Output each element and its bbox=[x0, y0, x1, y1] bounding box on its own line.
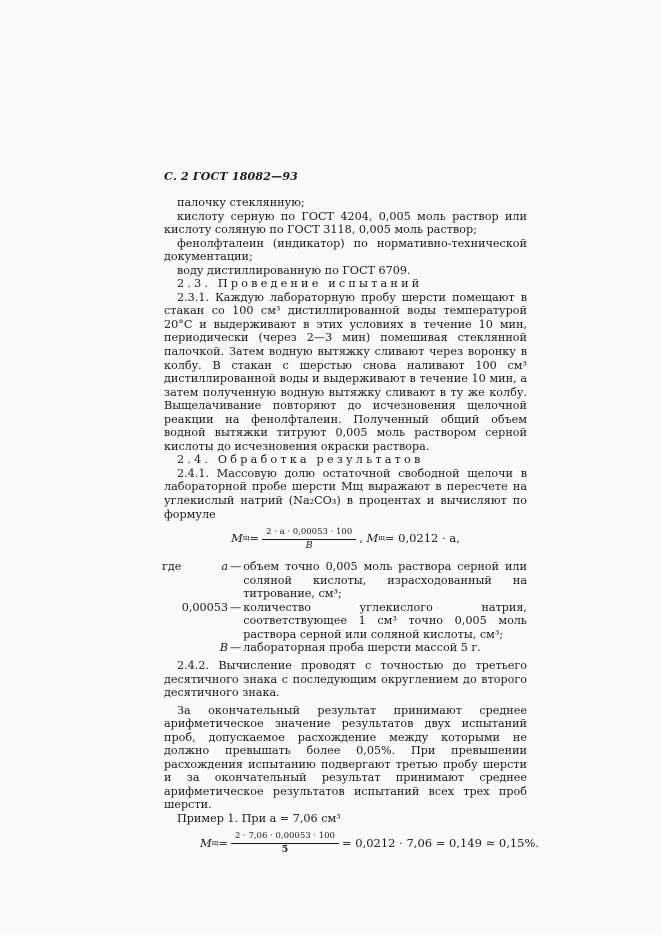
definition-term: 0,00053 bbox=[164, 601, 228, 615]
example-formula: Mщ = 2 · 7,06 · 0,00053 · 100 5 = 0,0212… bbox=[200, 829, 527, 859]
reagent-item: фенолфталеин (индикатор) по нормативно-т… bbox=[164, 237, 527, 264]
definitions-list: где a — объем точно 0,005 моль раствора … bbox=[164, 560, 527, 655]
definition-dash: — bbox=[228, 560, 243, 574]
definition-dash: — bbox=[228, 601, 243, 615]
reagent-item: палочку стеклянную; bbox=[164, 196, 527, 210]
section-heading-2-4: 2.4. Обработка результатов bbox=[164, 453, 527, 467]
definition-desc: количество углекислого натрия, соответст… bbox=[243, 601, 527, 642]
document-page: С. 2 ГОСТ 18082—93 палочку стеклянную; к… bbox=[0, 0, 661, 935]
example-lhs: M bbox=[200, 837, 212, 851]
definition-dash: — bbox=[228, 641, 243, 655]
formula-rhs2: = 0,0212 · a, bbox=[385, 532, 460, 546]
formula-separator: , bbox=[359, 532, 363, 546]
formula-mass-fraction: Mщ = 2 · a · 0,00053 · 100 B , Mщ = 0,02… bbox=[164, 524, 527, 554]
example-rhs: = 0,0212 · 7,06 = 0,149 ≈ 0,15%. bbox=[342, 837, 539, 851]
example-numerator: 2 · 7,06 · 0,00053 · 100 bbox=[231, 831, 339, 844]
formula-fraction: 2 · a · 0,00053 · 100 B bbox=[262, 527, 356, 552]
definition-desc: лабораторная проба шерсти массой 5 г. bbox=[243, 641, 527, 655]
formula-lhs: M bbox=[231, 532, 243, 546]
definition-term: B bbox=[164, 641, 228, 655]
formula-equals: = bbox=[249, 532, 259, 546]
document-body: палочку стеклянную; кислоту серную по ГО… bbox=[164, 196, 527, 859]
reagent-item: кислоту серную по ГОСТ 4204, 0,005 моль … bbox=[164, 210, 527, 237]
definition-desc: объем точно 0,005 моль раствора серной и… bbox=[243, 560, 527, 601]
example-equals: = bbox=[218, 837, 228, 851]
paragraph-final-result: За окончательный результат принимают сре… bbox=[164, 704, 527, 812]
definition-a: где a — объем точно 0,005 моль раствора … bbox=[164, 560, 527, 601]
page-header: С. 2 ГОСТ 18082—93 bbox=[164, 170, 298, 183]
reagent-item: воду дистиллированную по ГОСТ 6709. bbox=[164, 264, 527, 278]
definition-b: B — лабораторная проба шерсти массой 5 г… bbox=[164, 641, 527, 655]
paragraph-2-4-1: 2.4.1. Массовую долю остаточной свободно… bbox=[164, 467, 527, 521]
paragraph-2-3-1: 2.3.1. Каждую лабораторную пробу шерсти … bbox=[164, 291, 527, 454]
formula-numerator: 2 · a · 0,00053 · 100 bbox=[262, 527, 356, 540]
paragraph-2-4-2: 2.4.2. Вычисление проводят с точностью д… bbox=[164, 659, 527, 700]
definition-coefficient: 0,00053 — количество углекислого натрия,… bbox=[164, 601, 527, 642]
example-label: Пример 1. При a = 7,06 см³ bbox=[164, 812, 527, 826]
formula-denominator: B bbox=[306, 540, 313, 552]
example-fraction: 2 · 7,06 · 0,00053 · 100 5 bbox=[231, 831, 339, 856]
where-label: где bbox=[162, 560, 181, 574]
example-denominator: 5 bbox=[282, 844, 289, 856]
formula-lhs2: M bbox=[367, 532, 379, 546]
section-heading-2-3: 2.3. Проведение испытаний bbox=[164, 277, 527, 291]
